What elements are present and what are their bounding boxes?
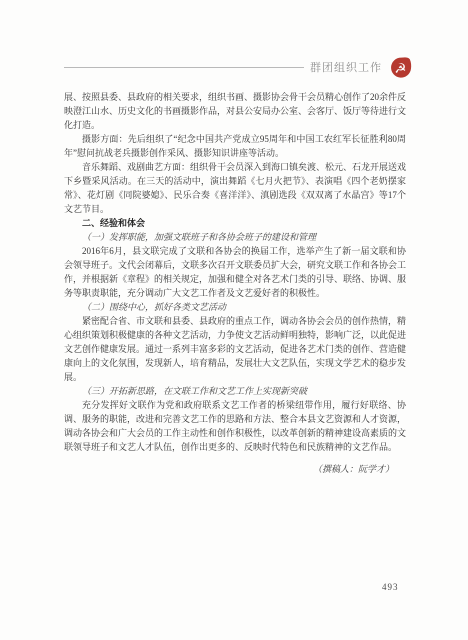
running-head: 群团组织工作 ☭ bbox=[64, 54, 412, 80]
section-title: 群团组织工作 bbox=[310, 59, 382, 75]
header-rule bbox=[64, 67, 304, 68]
subsection-heading: （三）开拓新思路，在文联工作和文艺工作上实现新突破 bbox=[64, 384, 406, 398]
section-heading: 二、经验和体会 bbox=[64, 216, 406, 230]
party-emblem-icon: ☭ bbox=[388, 55, 412, 79]
subsection-heading: （一）发挥职能，加强文联班子和各协会班子的建设和管理 bbox=[64, 230, 406, 244]
paragraph: 音乐舞蹈、戏剧曲艺方面：组织骨干会员深入到海口镇矣渡、松元、石龙开展送戏下乡暨采… bbox=[64, 160, 406, 216]
paragraph: 充分发挥好文联作为党和政府联系文艺工作者的桥梁纽带作用，履行好联络、协调、服务的… bbox=[64, 398, 406, 454]
subsection-heading: （二）围绕中心，抓好各类文艺活动 bbox=[64, 300, 406, 314]
page-number: 493 bbox=[382, 582, 399, 592]
paragraph: 2016年6月，县文联完成了文联和各协会的换届工作，选举产生了新一届文联和协会领… bbox=[64, 244, 406, 300]
byline: （撰稿人：阮学才） bbox=[64, 462, 406, 476]
document-page: 群团组织工作 ☭ 展、按照县委、县政府的相关要求，组织书画、摄影协会骨干会员精心… bbox=[0, 0, 468, 640]
paragraph: 摄影方面：先后组织了“纪念中国共产党成立95周年和中国工农红军长征胜利80周年”… bbox=[64, 132, 406, 160]
article-body: 展、按照县委、县政府的相关要求，组织书画、摄影协会骨干会员精心创作了20余件反映… bbox=[64, 90, 406, 476]
paragraph: 紧密配合省、市文联和县委、县政府的重点工作，调动各协会会员的创作热情，精心组织策… bbox=[64, 314, 406, 384]
paragraph: 展、按照县委、县政府的相关要求，组织书画、摄影协会骨干会员精心创作了20余件反映… bbox=[64, 90, 406, 132]
svg-text:☭: ☭ bbox=[394, 61, 406, 77]
